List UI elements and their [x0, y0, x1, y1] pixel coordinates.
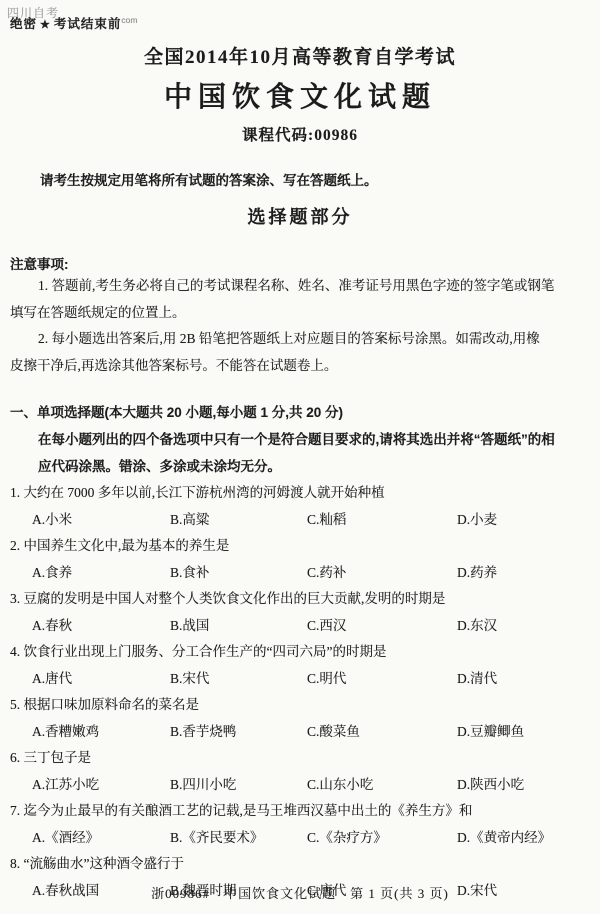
note-1-line-1: 1. 答题前,考生务必将自己的考试课程名称、姓名、准考证号用黑色字迹的签字笔或钢…	[10, 273, 590, 300]
option-b: B.《齐民要术》	[170, 825, 307, 852]
page-footer: 浙00986# 中国饮食文化试题 第 1 页(共 3 页)	[0, 883, 600, 902]
part1-description-line-1: 在每小题列出的四个备选项中只有一个是符合题目要求的,请将其选出并将“答题纸”的相	[10, 426, 590, 453]
question-options: A.春秋 B.战国 C.西汉 D.东汉	[32, 613, 590, 640]
question-2: 2. 中国养生文化中,最为基本的养生是 A.食养 B.食补 C.药补 D.药养	[10, 533, 590, 586]
note-2-line-1: 2. 每小题选出答案后,用 2B 铅笔把答题纸上对应题目的答案标号涂黑。如需改动…	[10, 326, 590, 353]
question-stem: 5. 根据口味加原料命名的菜名是	[10, 692, 590, 719]
question-1: 1. 大约在 7000 多年以前,长江下游杭州湾的河姆渡人就开始种植 A.小米 …	[10, 480, 590, 533]
question-7: 7. 迄今为止最早的有关酿酒工艺的记载,是马王堆西汉墓中出土的《养生方》和 A.…	[10, 798, 590, 851]
question-stem: 7. 迄今为止最早的有关酿酒工艺的记载,是马王堆西汉墓中出土的《养生方》和	[10, 798, 590, 825]
question-stem: 4. 饮食行业出现上门服务、分工合作生产的“四司六局”的时期是	[10, 639, 590, 666]
option-d: D.小麦	[457, 507, 590, 534]
option-a: A.香糟嫩鸡	[32, 719, 170, 746]
watermark-url-fragment: com	[121, 15, 137, 25]
option-b: B.四川小吃	[170, 772, 307, 799]
option-a: A.小米	[32, 507, 170, 534]
question-3: 3. 豆腐的发明是中国人对整个人类饮食文化作出的巨大贡献,发明的时期是 A.春秋…	[10, 586, 590, 639]
option-d: D.东汉	[457, 613, 590, 640]
question-5: 5. 根据口味加原料命名的菜名是 A.香糟嫩鸡 B.香芋烧鸭 C.酸菜鱼 D.豆…	[10, 692, 590, 745]
course-code: 课程代码:00986	[10, 123, 590, 145]
option-d: D.药养	[457, 560, 590, 587]
option-d: D.豆瓣鲫鱼	[457, 719, 590, 746]
option-c: C.药补	[307, 560, 457, 587]
option-a: A.唐代	[32, 666, 170, 693]
option-a: A.春秋	[32, 613, 170, 640]
question-stem: 2. 中国养生文化中,最为基本的养生是	[10, 533, 590, 560]
note-2-line-2: 皮擦干净后,再选涂其他答案标号。不能答在试题卷上。	[10, 353, 590, 380]
option-b: B.香芋烧鸭	[170, 719, 307, 746]
question-4: 4. 饮食行业出现上门服务、分工合作生产的“四司六局”的时期是 A.唐代 B.宋…	[10, 639, 590, 692]
question-stem: 8. “流觞曲水”这种酒令盛行于	[10, 851, 590, 878]
top-secret-line: 四川自考 绝密★考试结束前com	[10, 8, 590, 30]
question-stem: 1. 大约在 7000 多年以前,长江下游杭州湾的河姆渡人就开始种植	[10, 480, 590, 507]
exam-paper-page: 四川自考 绝密★考试结束前com 全国2014年10月高等教育自学考试 中国饮食…	[0, 0, 600, 904]
option-d: D.《黄帝内经》	[457, 825, 590, 852]
option-d: D.清代	[457, 666, 590, 693]
before-exam-text: 考试结束前	[54, 17, 122, 31]
option-c: C.《杂疗方》	[307, 825, 457, 852]
option-b: B.宋代	[170, 666, 307, 693]
note-1-line-2: 填写在答题纸规定的位置上。	[10, 300, 590, 327]
answer-sheet-instruction: 请考生按规定用笔将所有试题的答案涂、写在答题纸上。	[10, 169, 590, 189]
option-a: A.食养	[32, 560, 170, 587]
question-options: A.《酒经》 B.《齐民要术》 C.《杂疗方》 D.《黄帝内经》	[32, 825, 590, 852]
question-options: A.江苏小吃 B.四川小吃 C.山东小吃 D.陕西小吃	[32, 772, 590, 799]
star-icon: ★	[37, 19, 54, 31]
exam-session-title: 全国2014年10月高等教育自学考试	[10, 42, 590, 69]
option-a: A.江苏小吃	[32, 772, 170, 799]
question-stem: 3. 豆腐的发明是中国人对整个人类饮食文化作出的巨大贡献,发明的时期是	[10, 586, 590, 613]
question-stem: 6. 三丁包子是	[10, 745, 590, 772]
part1-heading: 一、单项选择题(本大题共 20 小题,每小题 1 分,共 20 分)	[10, 399, 590, 426]
option-b: B.战国	[170, 613, 307, 640]
option-c: C.酸菜鱼	[307, 719, 457, 746]
question-options: A.唐代 B.宋代 C.明代 D.清代	[32, 666, 590, 693]
option-c: C.明代	[307, 666, 457, 693]
secret-text: 绝密	[10, 17, 37, 31]
exam-subject-title: 中国饮食文化试题	[10, 75, 590, 115]
option-c: C.山东小吃	[307, 772, 457, 799]
option-c: C.西汉	[307, 613, 457, 640]
option-d: D.陕西小吃	[457, 772, 590, 799]
option-b: B.高粱	[170, 507, 307, 534]
question-options: A.小米 B.高粱 C.籼稻 D.小麦	[32, 507, 590, 534]
classification-label: 绝密★考试结束前com	[10, 14, 137, 32]
option-b: B.食补	[170, 560, 307, 587]
part1-description-line-2: 应代码涂黑。错涂、多涂或未涂均无分。	[10, 453, 590, 480]
question-options: A.香糟嫩鸡 B.香芋烧鸭 C.酸菜鱼 D.豆瓣鲫鱼	[32, 719, 590, 746]
section-title-choice-part: 选择题部分	[10, 203, 590, 229]
notes-heading: 注意事项:	[10, 253, 590, 273]
option-a: A.《酒经》	[32, 825, 170, 852]
question-6: 6. 三丁包子是 A.江苏小吃 B.四川小吃 C.山东小吃 D.陕西小吃	[10, 745, 590, 798]
option-c: C.籼稻	[307, 507, 457, 534]
question-options: A.食养 B.食补 C.药补 D.药养	[32, 560, 590, 587]
